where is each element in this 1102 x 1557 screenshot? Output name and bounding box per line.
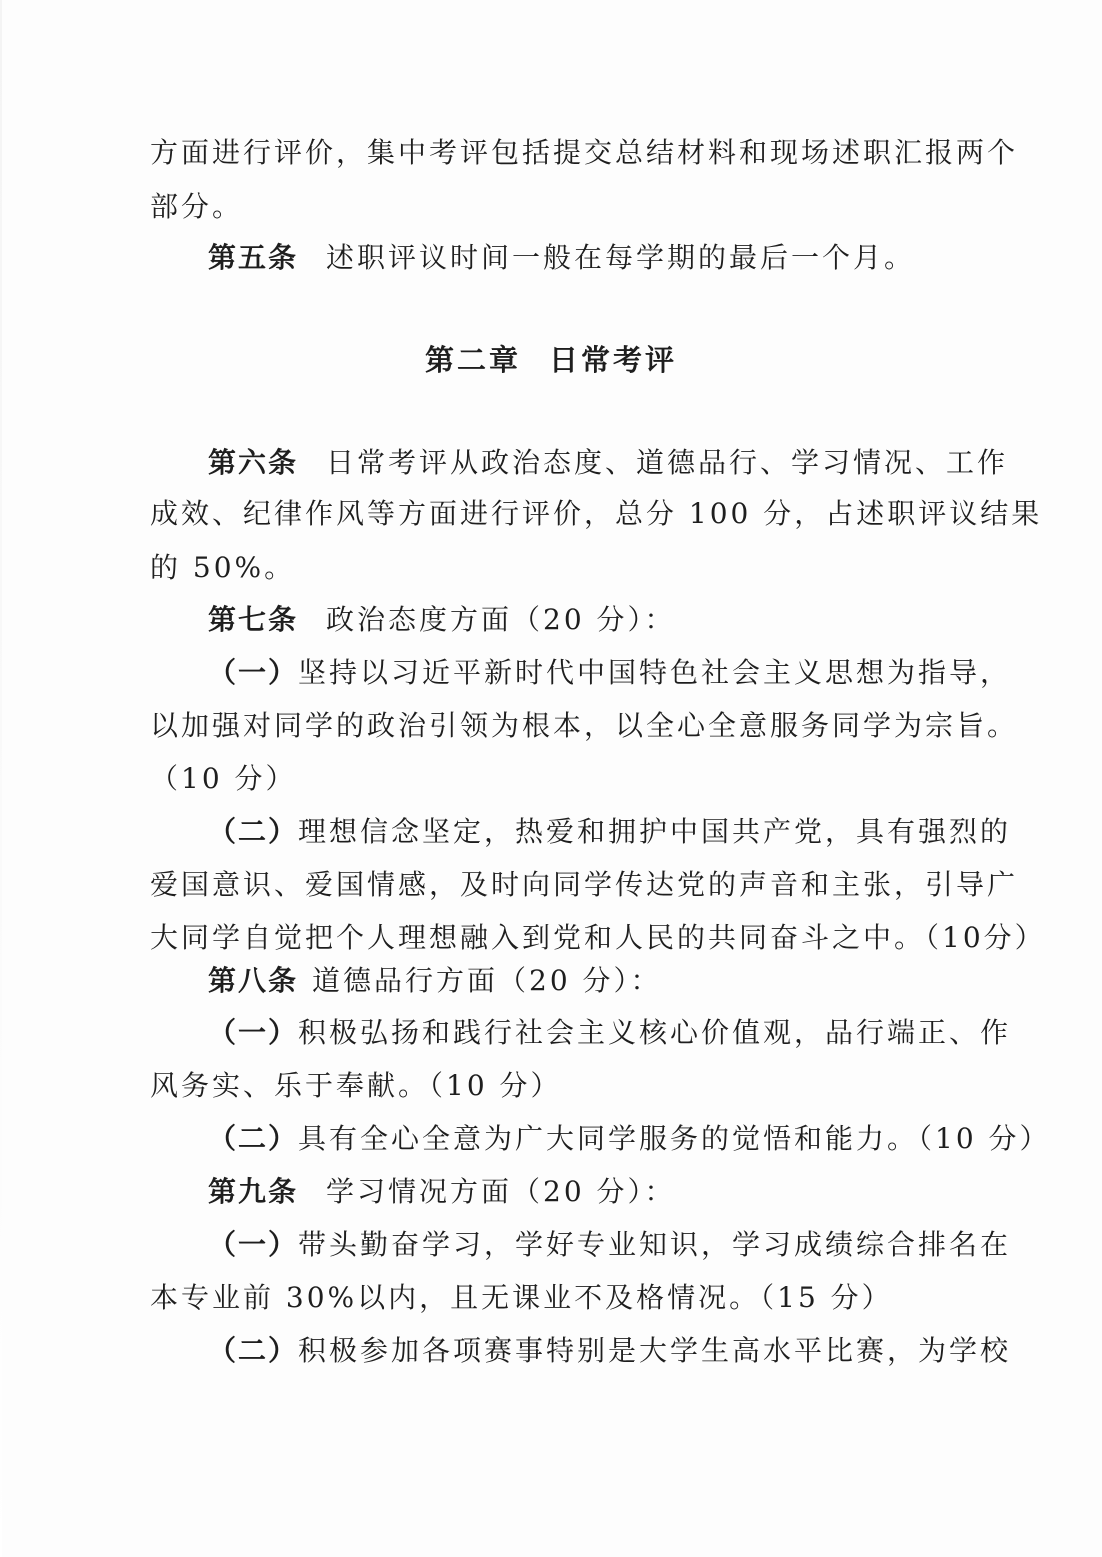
text: 方面进行评价，集中考评包括提交总结材料和现场述职汇报两个: [150, 136, 1018, 169]
clause-8-1: （一）积极弘扬和践行社会主义核心价值观，品行端正、作: [208, 1013, 1011, 1053]
article-text: 学习情况方面（20 分）：: [326, 1175, 676, 1208]
paragraph-line: 风务实、乐于奉献。（10 分）: [150, 1066, 562, 1106]
text: 以加强对同学的政治引领为根本，以全心全意服务同学为宗旨。: [150, 709, 1018, 742]
clause-7-2: （二）理想信念坚定，热爱和拥护中国共产党，具有强烈的: [208, 812, 1011, 852]
article-label: 第八条: [208, 964, 298, 997]
clause-7-1: （一）坚持以习近平新时代中国特色社会主义思想为指导，: [208, 653, 1011, 693]
paragraph-line: 部分。: [150, 187, 243, 227]
paragraph-line: 成效、纪律作风等方面进行评价，总分 100 分，占述职评议结果: [150, 494, 1042, 534]
article-8: 第八条道德品行方面（20 分）：: [208, 961, 662, 1001]
paragraph-line: 本专业前 30%以内，且无课业不及格情况。（15 分）: [150, 1278, 893, 1318]
scan-edge: [0, 0, 2, 1557]
paragraph-line: 方面进行评价，集中考评包括提交总结材料和现场述职汇报两个: [150, 133, 1018, 173]
clause-label: （一）: [208, 656, 298, 689]
clause-label: （二）: [208, 1122, 298, 1155]
article-label: 第五条: [208, 241, 298, 274]
paragraph-line: 爱国意识、爱国情感，及时向同学传达党的声音和主张，引导广: [150, 865, 1018, 905]
paragraph-line: 的 50%。: [150, 548, 295, 588]
clause-text: 积极参加各项赛事特别是大学生高水平比赛，为学校: [298, 1334, 1011, 1367]
article-text: 道德品行方面（20 分）：: [312, 964, 662, 997]
text: 部分。: [150, 190, 243, 223]
article-label: 第九条: [208, 1175, 298, 1208]
text: 爱国意识、爱国情感，及时向同学传达党的声音和主张，引导广: [150, 868, 1018, 901]
chapter-title: 第二章日常考评: [0, 340, 1102, 380]
text: 大同学自觉把个人理想融入到党和人民的共同奋斗之中。（10分）: [150, 921, 1046, 954]
clause-text: 坚持以习近平新时代中国特色社会主义思想为指导，: [298, 656, 1011, 689]
clause-9-2: （二）积极参加各项赛事特别是大学生高水平比赛，为学校: [208, 1331, 1011, 1371]
article-9: 第九条学习情况方面（20 分）：: [208, 1172, 676, 1212]
paragraph-line: 以加强对同学的政治引领为根本，以全心全意服务同学为宗旨。: [150, 706, 1018, 746]
article-5: 第五条述职评议时间一般在每学期的最后一个月。: [208, 238, 915, 278]
article-6: 第六条日常考评从政治态度、道德品行、学习情况、工作: [208, 443, 1008, 483]
text: 成效、纪律作风等方面进行评价，总分 100 分，占述职评议结果: [150, 497, 1042, 530]
chapter-number: 第二章: [425, 343, 521, 377]
article-label: 第七条: [208, 603, 298, 636]
clause-9-1: （一）带头勤奋学习，学好专业知识，学习成绩综合排名在: [208, 1225, 1011, 1265]
text: 本专业前 30%以内，且无课业不及格情况。（15 分）: [150, 1281, 893, 1314]
paragraph-line: 大同学自觉把个人理想融入到党和人民的共同奋斗之中。（10分）: [150, 918, 1046, 958]
article-text: 日常考评从政治态度、道德品行、学习情况、工作: [326, 446, 1008, 479]
chapter-name: 日常考评: [549, 343, 677, 377]
clause-label: （一）: [208, 1016, 298, 1049]
clause-label: （二）: [208, 1334, 298, 1367]
article-7: 第七条政治态度方面（20 分）：: [208, 600, 676, 640]
article-text: 政治态度方面（20 分）：: [326, 603, 676, 636]
clause-text: 具有全心全意为广大同学服务的觉悟和能力。（10 分）: [298, 1122, 1051, 1155]
clause-label: （二）: [208, 815, 298, 848]
article-text: 述职评议时间一般在每学期的最后一个月。: [326, 241, 915, 274]
clause-text: 理想信念坚定，热爱和拥护中国共产党，具有强烈的: [298, 815, 1011, 848]
clause-text: 积极弘扬和践行社会主义核心价值观，品行端正、作: [298, 1016, 1011, 1049]
clause-8-2: （二）具有全心全意为广大同学服务的觉悟和能力。（10 分）: [208, 1119, 1051, 1159]
text: （10 分）: [150, 762, 297, 795]
text: 风务实、乐于奉献。（10 分）: [150, 1069, 562, 1102]
clause-label: （一）: [208, 1228, 298, 1261]
document-page: 方面进行评价，集中考评包括提交总结材料和现场述职汇报两个 部分。 第五条述职评议…: [0, 0, 1102, 1557]
article-label: 第六条: [208, 446, 298, 479]
text: 的 50%。: [150, 551, 295, 584]
clause-text: 带头勤奋学习，学好专业知识，学习成绩综合排名在: [298, 1228, 1011, 1261]
paragraph-line: （10 分）: [150, 759, 297, 799]
